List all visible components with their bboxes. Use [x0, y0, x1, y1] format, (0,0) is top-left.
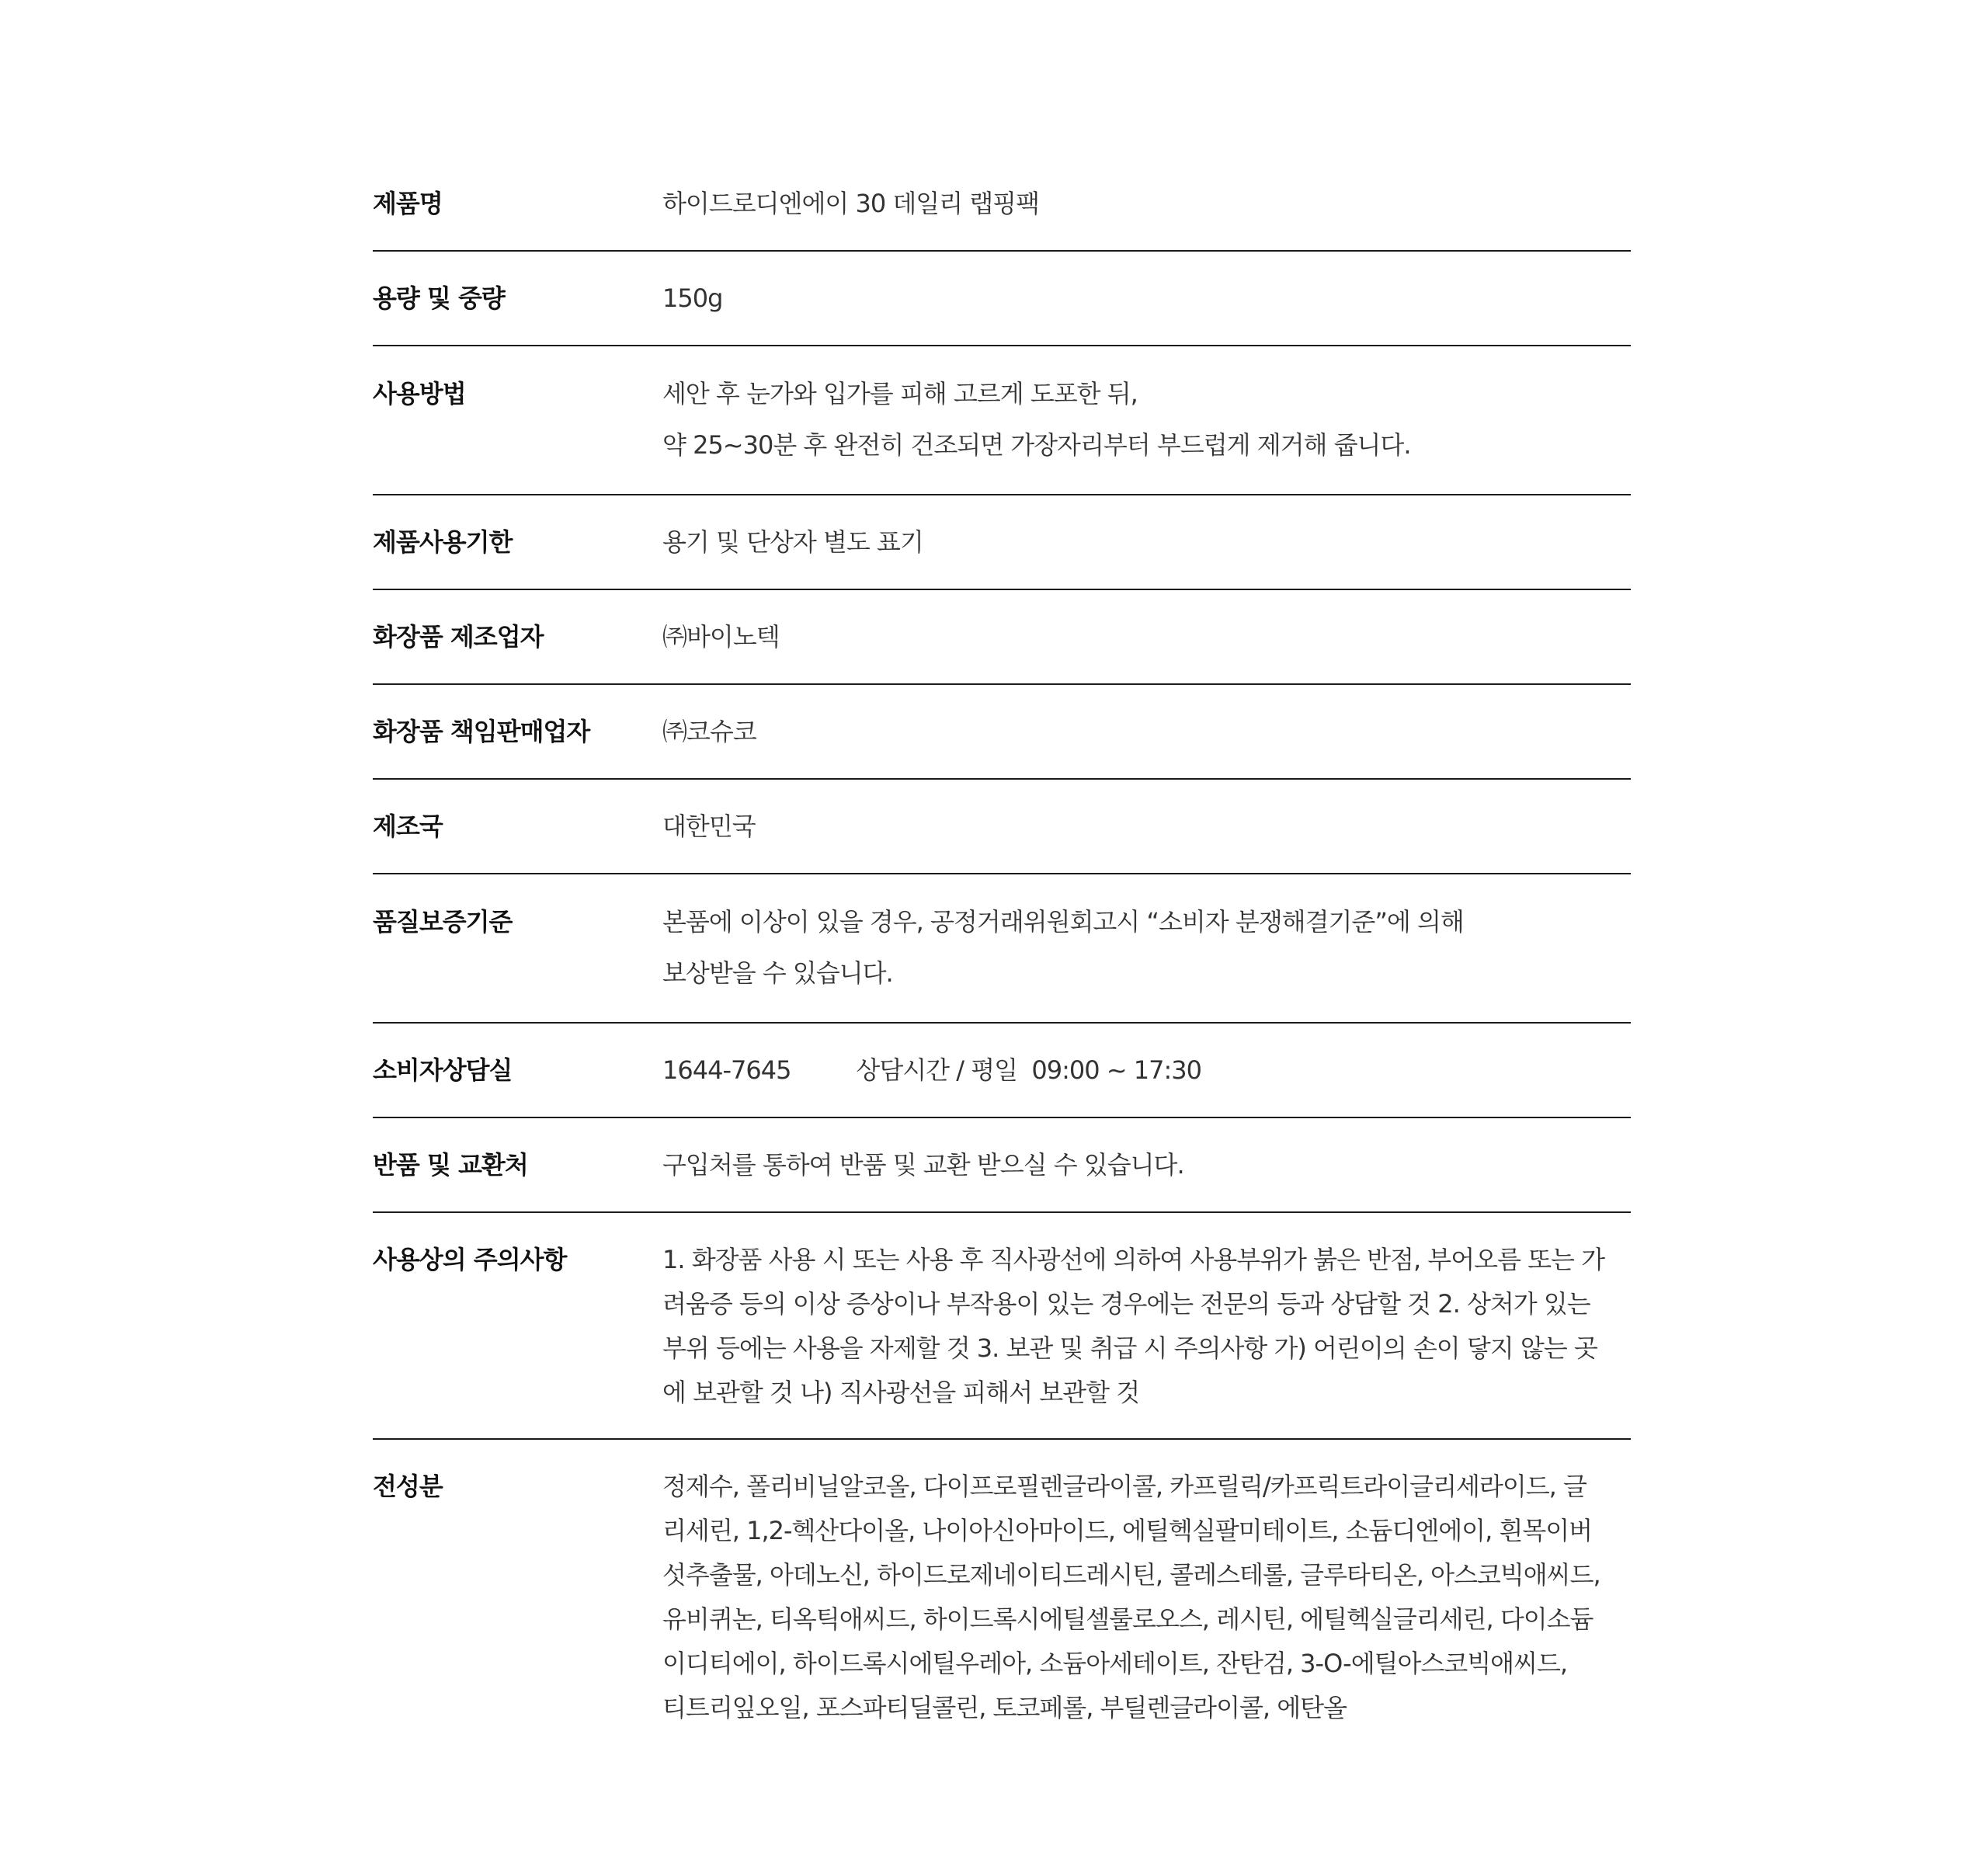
label-expiry: 제품사용기한 — [373, 525, 662, 559]
value-manufacturer: ㈜바이노텍 — [662, 620, 1631, 654]
value-customer-center: 1644-7645상담시간 / 평일 09:00 ~ 17:30 — [662, 1053, 1631, 1087]
value-product-name: 하이드로디엔에이 30 데일리 랩핑팩 — [662, 186, 1631, 221]
value-line: 하이드로디엔에이 30 데일리 랩핑팩 — [662, 186, 1631, 221]
label-distributor: 화장품 책임판매업자 — [373, 714, 662, 749]
value-line: 본품에 이상이 있을 경우, 공정거래위원회고시 “소비자 분쟁해결기준”에 의… — [662, 896, 1631, 947]
label-manufacturer: 화장품 제조업자 — [373, 620, 662, 654]
value-ingredients: 정제수, 폴리비닐알코올, 다이프로필렌글라이콜, 카프릴릭/카프릭트라이글리세… — [662, 1465, 1631, 1730]
value-expiry: 용기 및 단상자 별도 표기 — [662, 525, 1631, 559]
row-returns: 반품 및 교환처 구입처를 통하여 반품 및 교환 받으실 수 있습니다. — [373, 1118, 1631, 1213]
value-line: 용기 및 단상자 별도 표기 — [662, 525, 1631, 559]
row-customer-center: 소비자상담실 1644-7645상담시간 / 평일 09:00 ~ 17:30 — [373, 1024, 1631, 1118]
value-line: 섯추출물, 아데노신, 하이드로제네이티드레시틴, 콜레스테롤, 글루타티온, … — [662, 1553, 1631, 1597]
value-line: ㈜바이노텍 — [662, 620, 1631, 654]
value-line: 보상받을 수 있습니다. — [662, 947, 1631, 999]
value-line: 리세린, 1,2-헥산다이올, 나이아신아마이드, 에틸헥실팔미테이트, 소듐디… — [662, 1509, 1631, 1553]
value-line: 구입처를 통하여 반품 및 교환 받으실 수 있습니다. — [662, 1148, 1631, 1182]
row-country: 제조국 대한민국 — [373, 780, 1631, 874]
value-quality-standard: 본품에 이상이 있을 경우, 공정거래위원회고시 “소비자 분쟁해결기준”에 의… — [662, 896, 1631, 999]
value-line: 이디티에이, 하이드록시에틸우레아, 소듐아세테이트, 잔탄검, 3-O-에틸아… — [662, 1642, 1631, 1686]
label-returns: 반품 및 교환처 — [373, 1148, 662, 1182]
row-capacity: 용량 및 중량 150g — [373, 252, 1631, 346]
value-capacity: 150g — [662, 281, 1631, 315]
row-precautions: 사용상의 주의사항 1. 화장품 사용 시 또는 사용 후 직사광선에 의하여 … — [373, 1213, 1631, 1440]
value-line: 에 보관할 것 나) 직사광선을 피해서 보관할 것 — [662, 1371, 1631, 1415]
phone-number[interactable]: 1644-7645 — [662, 1053, 791, 1087]
value-line: 려움증 등의 이상 증상이나 부작용이 있는 경우에는 전문의 등과 상담할 것… — [662, 1282, 1631, 1326]
label-quality-standard: 품질보증기준 — [373, 896, 662, 947]
value-line: 티트리잎오일, 포스파티딜콜린, 토코페롤, 부틸렌글라이콜, 에탄올 — [662, 1686, 1631, 1730]
value-line: 세안 후 눈가와 입가를 피해 고르게 도포한 뒤, — [662, 368, 1631, 419]
value-country: 대한민국 — [662, 809, 1631, 843]
label-precautions: 사용상의 주의사항 — [373, 1238, 662, 1282]
value-distributor: ㈜코슈코 — [662, 714, 1631, 749]
value-line: ㈜코슈코 — [662, 714, 1631, 749]
value-usage: 세안 후 눈가와 입가를 피해 고르게 도포한 뒤, 약 25~30분 후 완전… — [662, 368, 1631, 471]
row-quality-standard: 품질보증기준 본품에 이상이 있을 경우, 공정거래위원회고시 “소비자 분쟁해… — [373, 874, 1631, 1024]
row-ingredients: 전성분 정제수, 폴리비닐알코올, 다이프로필렌글라이콜, 카프릴릭/카프릭트라… — [373, 1440, 1631, 1753]
label-customer-center: 소비자상담실 — [373, 1053, 662, 1087]
row-usage: 사용방법 세안 후 눈가와 입가를 피해 고르게 도포한 뒤, 약 25~30분… — [373, 346, 1631, 495]
row-product-name: 제품명 하이드로디엔에이 30 데일리 랩핑팩 — [373, 157, 1631, 252]
row-manufacturer: 화장품 제조업자 ㈜바이노텍 — [373, 590, 1631, 685]
label-usage: 사용방법 — [373, 368, 662, 419]
value-line: 150g — [662, 281, 1631, 315]
value-precautions: 1. 화장품 사용 시 또는 사용 후 직사광선에 의하여 사용부위가 붉은 반… — [662, 1238, 1631, 1415]
label-country: 제조국 — [373, 809, 662, 843]
label-ingredients: 전성분 — [373, 1465, 662, 1509]
label-product-name: 제품명 — [373, 186, 662, 221]
row-distributor: 화장품 책임판매업자 ㈜코슈코 — [373, 685, 1631, 780]
business-hours: 상담시간 / 평일 09:00 ~ 17:30 — [856, 1055, 1201, 1085]
value-line: 1. 화장품 사용 시 또는 사용 후 직사광선에 의하여 사용부위가 붉은 반… — [662, 1238, 1631, 1282]
product-info-table: 제품명 하이드로디엔에이 30 데일리 랩핑팩 용량 및 중량 150g 사용방… — [373, 157, 1631, 1753]
value-line: 약 25~30분 후 완전히 건조되면 가장자리부터 부드럽게 제거해 줍니다. — [662, 419, 1631, 471]
row-expiry: 제품사용기한 용기 및 단상자 별도 표기 — [373, 495, 1631, 590]
value-line: 유비퀴논, 티옥틱애씨드, 하이드록시에틸셀룰로오스, 레시틴, 에틸헥실글리세… — [662, 1597, 1631, 1642]
value-line: 대한민국 — [662, 809, 1631, 843]
value-line: 부위 등에는 사용을 자제할 것 3. 보관 및 취급 시 주의사항 가) 어린… — [662, 1326, 1631, 1371]
label-capacity: 용량 및 중량 — [373, 281, 662, 315]
value-returns: 구입처를 통하여 반품 및 교환 받으실 수 있습니다. — [662, 1148, 1631, 1182]
value-line: 정제수, 폴리비닐알코올, 다이프로필렌글라이콜, 카프릴릭/카프릭트라이글리세… — [662, 1465, 1631, 1509]
